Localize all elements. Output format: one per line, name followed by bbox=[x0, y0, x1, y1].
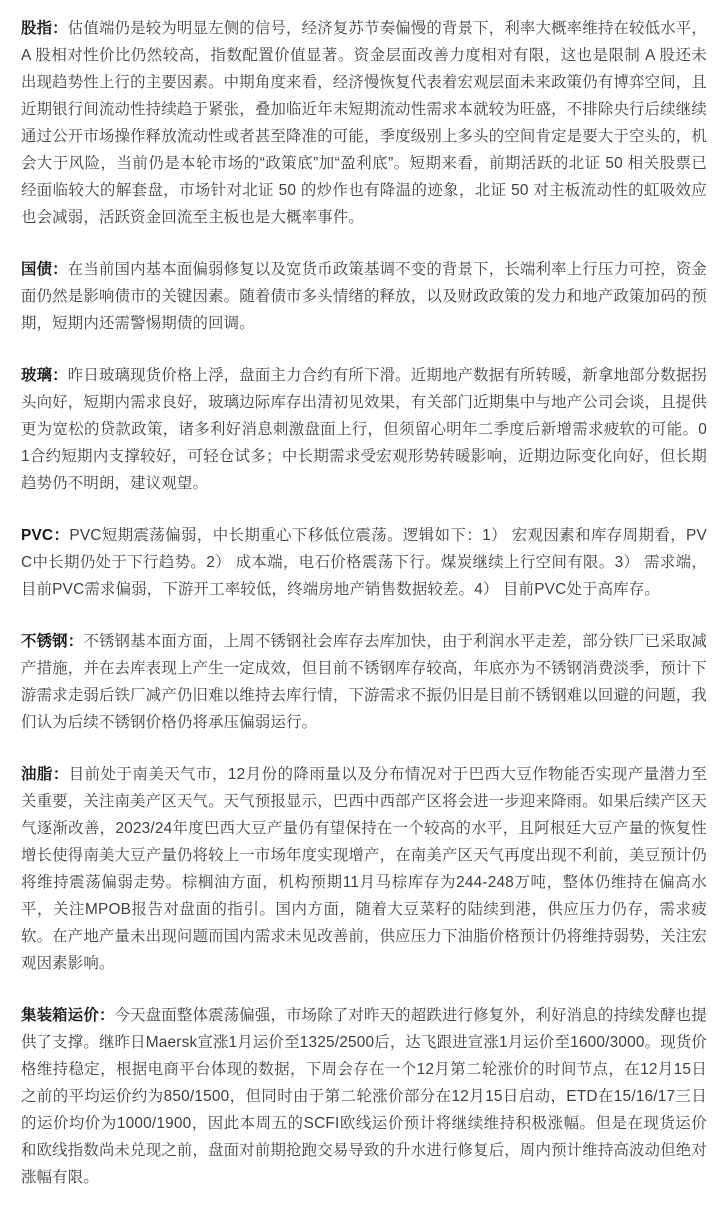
section-container-freight-label: 集装箱运价： bbox=[21, 1007, 115, 1024]
section-glass-label: 玻璃： bbox=[21, 367, 68, 384]
section-treasury-bonds-text: 在当前国内基本面偏弱修复以及宽货币政策基调不变的背景下，长端利率上行压力可控，资… bbox=[21, 261, 707, 332]
section-stainless-steel: 不锈钢：不锈钢基本面方面，上周不锈钢社会库存去库加快，由于利润水平走差，部分铁厂… bbox=[21, 628, 707, 736]
document-page: 股指：估值端仍是较为明显左侧的信号，经济复苏节奏偏慢的背景下，利率大概率维持在较… bbox=[0, 0, 726, 1211]
section-stock-index: 股指：估值端仍是较为明显左侧的信号，经济复苏节奏偏慢的背景下，利率大概率维持在较… bbox=[21, 15, 707, 231]
section-treasury-bonds: 国债：在当前国内基本面偏弱修复以及宽货币政策基调不变的背景下，长端利率上行压力可… bbox=[21, 256, 707, 337]
section-stock-index-text: 估值端仍是较为明显左侧的信号，经济复苏节奏偏慢的背景下，利率大概率维持在较低水平… bbox=[21, 20, 707, 226]
section-pvc-text: PVC短期震荡偏弱，中长期重心下移低位震荡。逻辑如下：1） 宏观因素和库存周期看… bbox=[21, 527, 707, 598]
section-stock-index-label: 股指： bbox=[21, 20, 68, 37]
section-glass-text: 昨日玻璃现货价格上浮，盘面主力合约有所下滑。近期地产数据有所转暖，新拿地部分数据… bbox=[21, 367, 707, 492]
section-pvc: PVC：PVC短期震荡偏弱，中长期重心下移低位震荡。逻辑如下：1） 宏观因素和库… bbox=[21, 522, 707, 603]
section-container-freight-text: 今天盘面整体震荡偏强，市场除了对昨天的超跌进行修复外，利好消息的持续发酵也提供了… bbox=[21, 1007, 707, 1186]
section-stainless-steel-label: 不锈钢： bbox=[21, 633, 83, 650]
section-glass: 玻璃：昨日玻璃现货价格上浮，盘面主力合约有所下滑。近期地产数据有所转暖，新拿地部… bbox=[21, 362, 707, 497]
section-oils-text: 目前处于南美天气市，12月份的降雨量以及分布情况对于巴西大豆作物能否实现产量潜力… bbox=[21, 766, 707, 972]
section-container-freight: 集装箱运价：今天盘面整体震荡偏强，市场除了对昨天的超跌进行修复外，利好消息的持续… bbox=[21, 1002, 707, 1191]
section-treasury-bonds-label: 国债： bbox=[21, 261, 68, 278]
section-oils: 油脂：目前处于南美天气市，12月份的降雨量以及分布情况对于巴西大豆作物能否实现产… bbox=[21, 761, 707, 977]
section-pvc-label: PVC： bbox=[21, 527, 69, 544]
section-oils-label: 油脂： bbox=[21, 766, 69, 783]
section-stainless-steel-text: 不锈钢基本面方面，上周不锈钢社会库存去库加快，由于利润水平走差，部分铁厂已采取减… bbox=[21, 633, 707, 731]
